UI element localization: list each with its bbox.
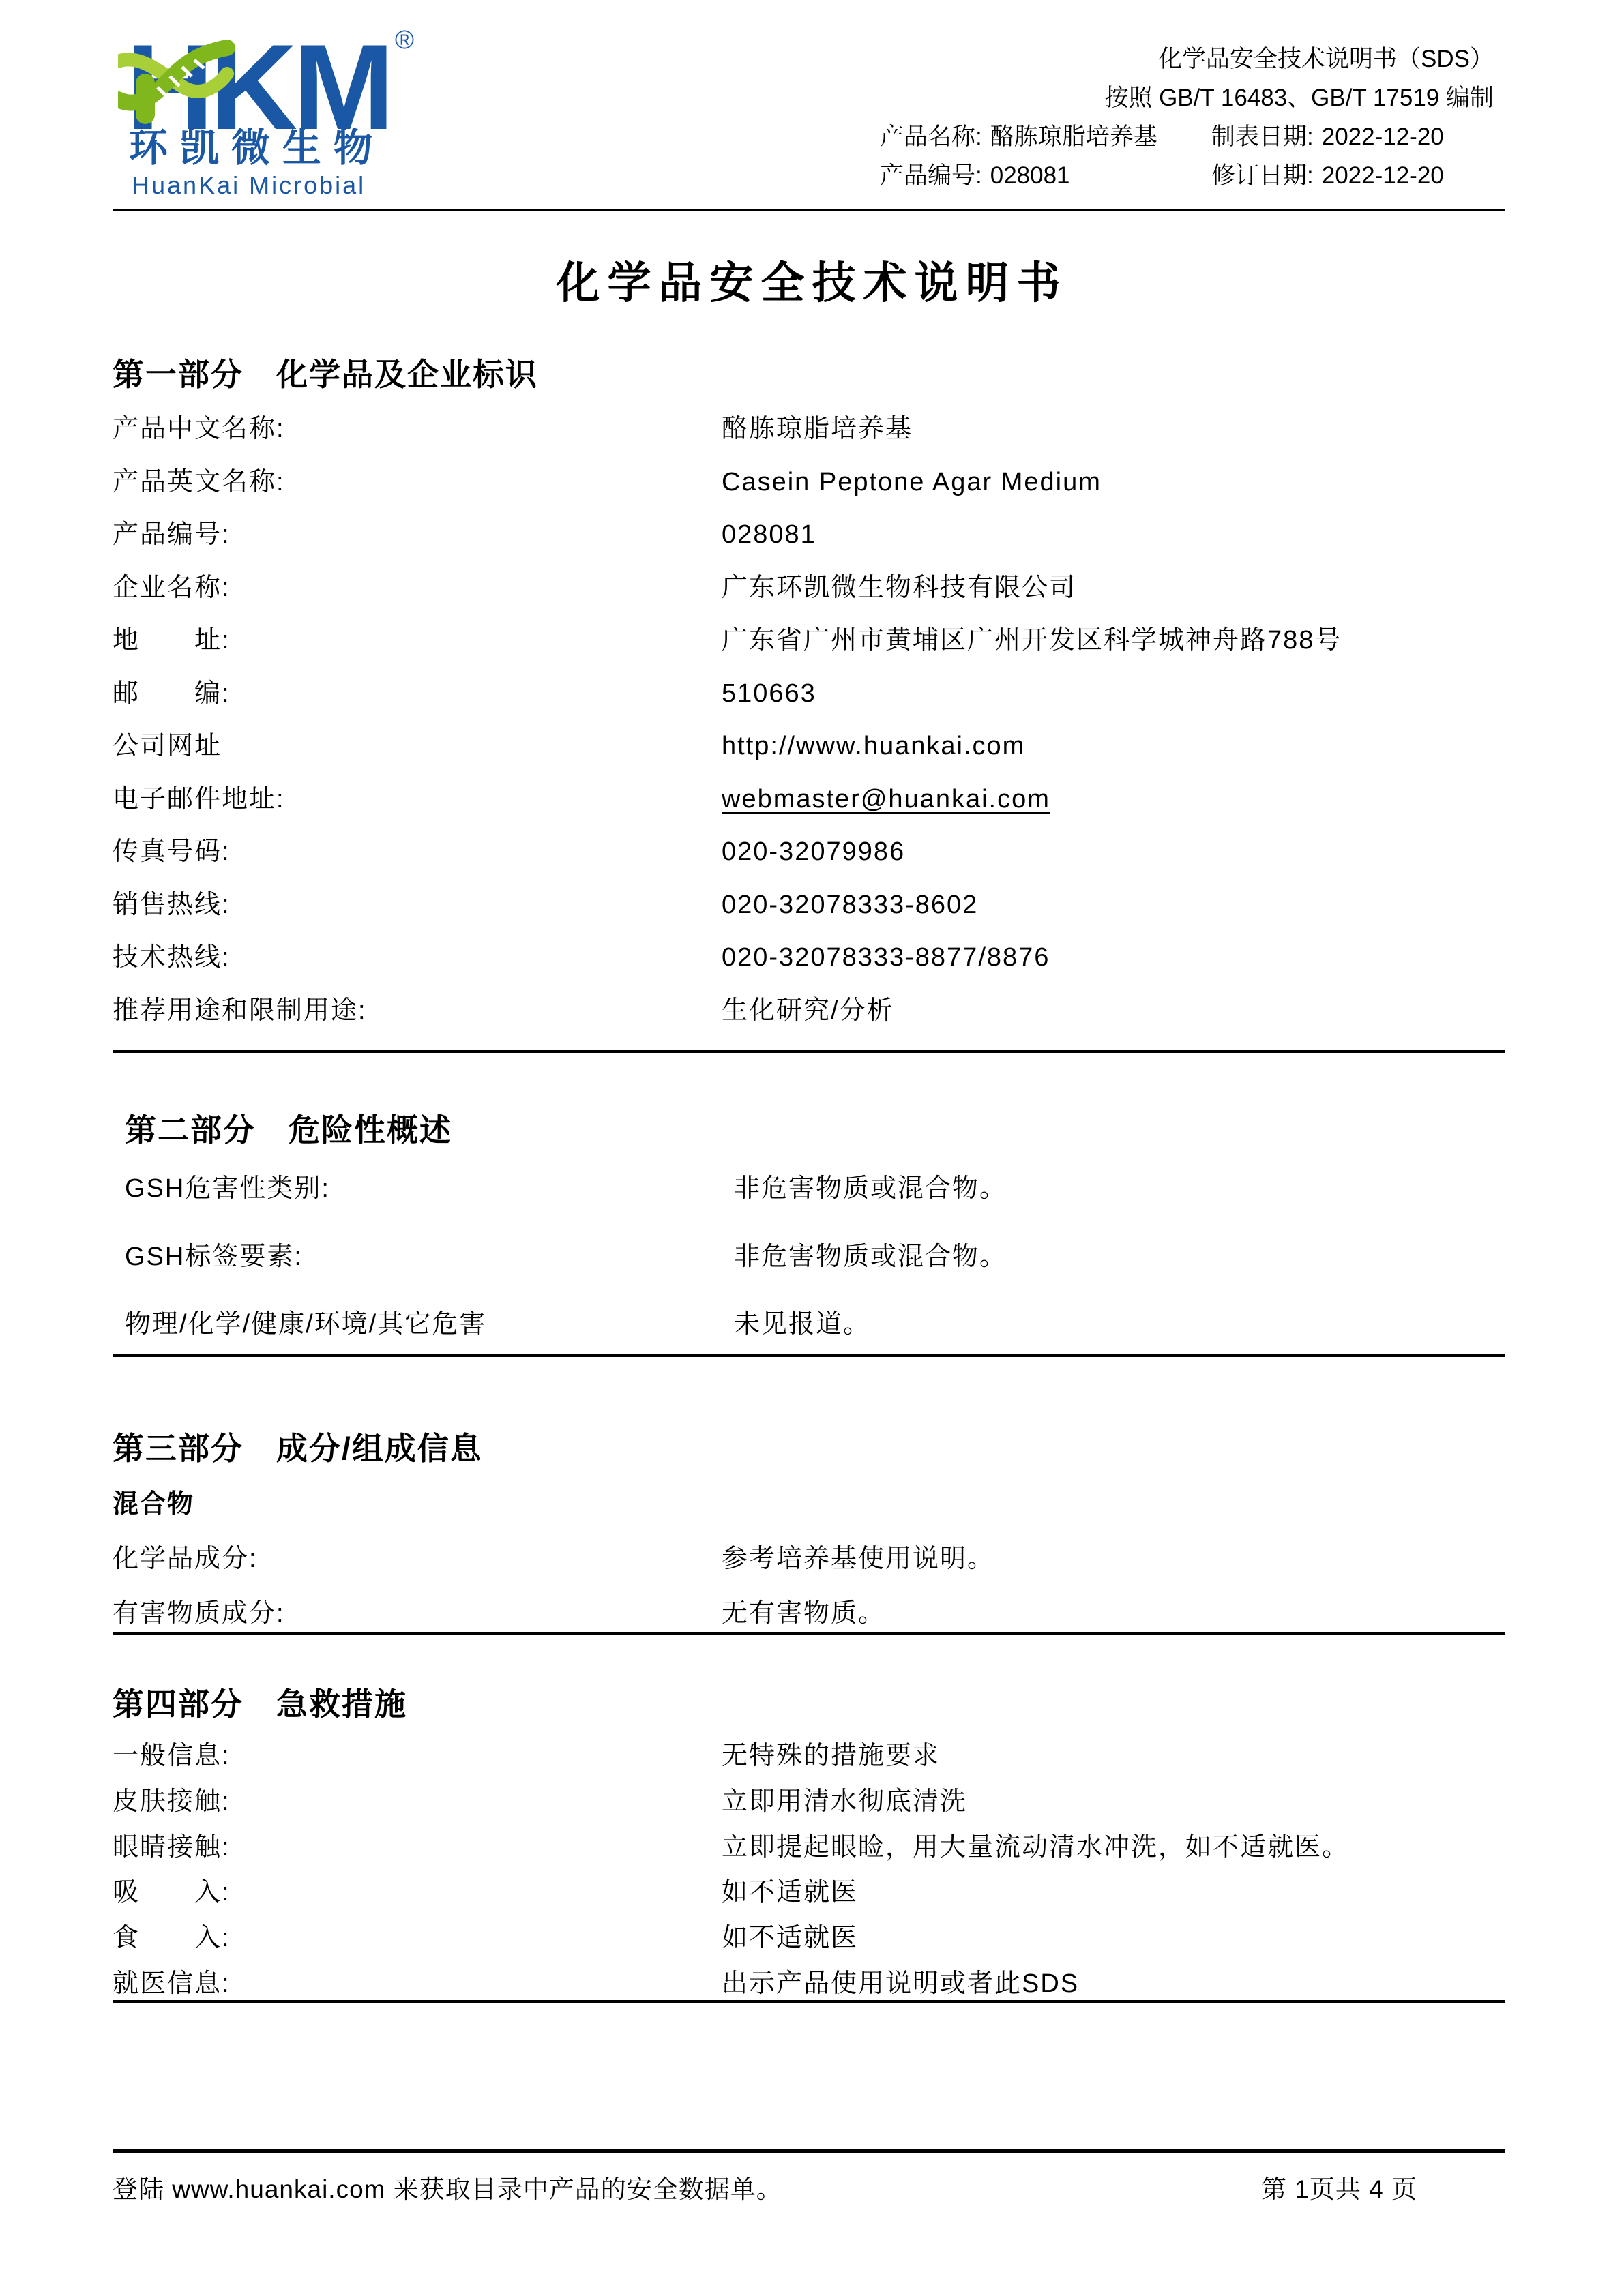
product-name-label: 产品名称: xyxy=(880,123,982,150)
product-code-value: 028081 xyxy=(990,162,1070,189)
field-value: 出示产品使用说明或者此SDS xyxy=(722,1968,1505,1999)
field-label: 产品英文名称: xyxy=(113,466,722,498)
header-divider xyxy=(113,209,1505,211)
field-label: 销售热线: xyxy=(113,889,722,921)
email-link[interactable]: webmaster@huankai.com xyxy=(722,784,1505,815)
page-footer: 登陆 www.huankai.com 来获取目录中产品的安全数据单。 第 1页共… xyxy=(113,2168,1505,2205)
field-label: 产品中文名称: xyxy=(113,413,722,445)
field-label: 化学品成分: xyxy=(113,1543,722,1575)
tabulation-date-value: 2022-12-20 xyxy=(1322,123,1444,150)
field-label: 公司网址 xyxy=(113,730,722,762)
tabulation-date-cell: 制表日期:2022-12-20 xyxy=(1211,117,1444,156)
logo-cn-name: 环凯微生物 xyxy=(129,127,385,170)
field-label: 地 址: xyxy=(113,625,722,656)
field-value: 立即提起眼睑，用大量流动清水冲洗，如不适就医。 xyxy=(722,1832,1505,1863)
field-label: 物理/化学/健康/环境/其它危害 xyxy=(125,1309,734,1340)
revision-date-label: 修订日期: xyxy=(1211,162,1314,189)
field-row: 邮 编:510663 xyxy=(113,678,1505,731)
field-label: 传真号码: xyxy=(113,836,722,867)
field-value: 020-32079986 xyxy=(722,836,1505,867)
field-label: 技术热线: xyxy=(113,942,722,973)
tabulation-date-label: 制表日期: xyxy=(1211,123,1314,150)
field-row: 食 入:如不适就医 xyxy=(113,1922,1505,1968)
dna-helix-ribbon-icon xyxy=(118,33,241,135)
field-value: Casein Peptone Agar Medium xyxy=(722,466,1505,498)
section-1-divider xyxy=(113,1050,1505,1053)
field-value: 如不适就医 xyxy=(722,1922,1505,1954)
section-1-heading: 第一部分 化学品及企业标识 xyxy=(113,356,1505,393)
field-row: GSH危害性类别:非危害物质或混合物。 xyxy=(125,1173,1517,1241)
section-2-rows: GSH危害性类别:非危害物质或混合物。GSH标签要素:非危害物质或混合物。物理/… xyxy=(125,1173,1517,1377)
field-row: GSH标签要素:非危害物质或混合物。 xyxy=(125,1241,1517,1309)
product-name-value: 酪胨琼脂培养基 xyxy=(990,123,1157,150)
field-value: 非危害物质或混合物。 xyxy=(734,1241,1517,1272)
field-value: 020-32078333-8602 xyxy=(722,889,1505,921)
field-row: 物理/化学/健康/环境/其它危害未见报道。 xyxy=(125,1309,1517,1377)
field-row: 销售热线:020-32078333-8602 xyxy=(113,889,1505,942)
field-value: 无有害物质。 xyxy=(722,1598,1505,1629)
field-row: 产品英文名称:Casein Peptone Agar Medium xyxy=(113,466,1505,520)
section-1-rows: 产品中文名称:酪胨琼脂培养基产品英文名称:Casein Peptone Agar… xyxy=(113,413,1505,1047)
field-label: 邮 编: xyxy=(113,678,722,709)
field-label: 推荐用途和限制用途: xyxy=(113,995,722,1026)
document-header-info: 化学品安全技术说明书（SDS） 按照 GB/T 16483、GB/T 17519… xyxy=(880,40,1494,195)
standard-line: 按照 GB/T 16483、GB/T 17519 编制 xyxy=(880,78,1494,117)
field-value: 510663 xyxy=(722,678,1505,709)
section-4: 第四部分 急救措施一般信息:无特殊的措施要求皮肤接触:立即用清水彻底清洗眼睛接触… xyxy=(113,1686,1505,2014)
field-value: 非危害物质或混合物。 xyxy=(734,1173,1517,1204)
product-code-row: 产品编号:028081 修订日期:2022-12-20 xyxy=(880,156,1494,195)
field-value: 如不适就医 xyxy=(722,1877,1505,1908)
field-row: 传真号码:020-32079986 xyxy=(113,836,1505,889)
registered-trademark-icon: ® xyxy=(395,26,414,55)
field-label: GSH危害性类别: xyxy=(125,1173,734,1204)
field-label: 一般信息: xyxy=(113,1740,722,1772)
field-row: 有害物质成分:无有害物质。 xyxy=(113,1598,1505,1652)
field-value: 广东省广州市黄埔区广州开发区科学城神舟路788号 xyxy=(722,625,1505,656)
field-row: 吸 入:如不适就医 xyxy=(113,1877,1505,1922)
field-label: 吸 入: xyxy=(113,1877,722,1908)
field-label: 企业名称: xyxy=(113,572,722,603)
field-label: 皮肤接触: xyxy=(113,1786,722,1817)
sds-document-page: HKM ® 环凯微生物 HuanKai Microbial 化学品安全技术说明书… xyxy=(0,0,1624,2296)
section-3-heading: 第三部分 成分/组成信息 xyxy=(113,1430,1505,1467)
product-name-cell: 产品名称:酪胨琼脂培养基 xyxy=(880,123,1157,150)
field-value: 生化研究/分析 xyxy=(722,995,1505,1026)
product-name-row: 产品名称:酪胨琼脂培养基 制表日期:2022-12-20 xyxy=(880,117,1494,156)
product-code-cell: 产品编号:028081 xyxy=(880,162,1070,189)
page-number: 第 1页共 4 页 xyxy=(1261,2168,1417,2205)
field-value: 028081 xyxy=(722,519,1505,550)
section-2-heading: 第二部分 危险性概述 xyxy=(125,1112,1517,1148)
company-logo: HKM ® 环凯微生物 HuanKai Microbial xyxy=(126,0,433,205)
field-label: 有害物质成分: xyxy=(113,1598,722,1629)
field-label: 电子邮件地址: xyxy=(113,784,722,815)
section-2: 第二部分 危险性概述GSH危害性类别:非危害物质或混合物。GSH标签要素:非危害… xyxy=(113,1112,1517,1377)
field-row: 产品编号:028081 xyxy=(113,519,1505,572)
field-row: 眼睛接触:立即提起眼睑，用大量流动清水冲洗，如不适就医。 xyxy=(113,1832,1505,1877)
section-4-rows: 一般信息:无特殊的措施要求皮肤接触:立即用清水彻底清洗眼睛接触:立即提起眼睑，用… xyxy=(113,1740,1505,2014)
field-row: 公司网址http://www.huankai.com xyxy=(113,730,1505,784)
doc-type-line: 化学品安全技术说明书（SDS） xyxy=(880,40,1494,78)
section-3: 第三部分 成分/组成信息混合物化学品成分:参考培养基使用说明。有害物质成分:无有… xyxy=(113,1430,1505,1652)
footer-note: 登陆 www.huankai.com 来获取目录中产品的安全数据单。 xyxy=(113,2168,782,2205)
section-3-rows: 化学品成分:参考培养基使用说明。有害物质成分:无有害物质。 xyxy=(113,1543,1505,1652)
field-row: 皮肤接触:立即用清水彻底清洗 xyxy=(113,1786,1505,1832)
field-label: 食 入: xyxy=(113,1922,722,1954)
field-row: 产品中文名称:酪胨琼脂培养基 xyxy=(113,413,1505,466)
field-value: 未见报道。 xyxy=(734,1309,1517,1340)
field-label: 就医信息: xyxy=(113,1968,722,1999)
field-value: 广东环凯微生物科技有限公司 xyxy=(722,572,1505,603)
section-1: 第一部分 化学品及企业标识产品中文名称:酪胨琼脂培养基产品英文名称:Casein… xyxy=(113,356,1505,1047)
footer-divider xyxy=(113,2149,1505,2153)
field-row: 技术热线:020-32078333-8877/8876 xyxy=(113,942,1505,995)
field-label: 眼睛接触: xyxy=(113,1832,722,1863)
section-3-subheading: 混合物 xyxy=(113,1489,1505,1520)
field-value: 立即用清水彻底清洗 xyxy=(722,1786,1505,1817)
field-row: 就医信息:出示产品使用说明或者此SDS xyxy=(113,1968,1505,2014)
field-row: 企业名称:广东环凯微生物科技有限公司 xyxy=(113,572,1505,625)
field-value: 无特殊的措施要求 xyxy=(722,1740,1505,1772)
field-value: http://www.huankai.com xyxy=(722,730,1505,762)
revision-date-cell: 修订日期:2022-12-20 xyxy=(1211,156,1444,195)
field-row: 推荐用途和限制用途:生化研究/分析 xyxy=(113,995,1505,1048)
section-4-heading: 第四部分 急救措施 xyxy=(113,1686,1505,1723)
field-value: 酪胨琼脂培养基 xyxy=(722,413,1505,445)
field-row: 电子邮件地址:webmaster@huankai.com xyxy=(113,784,1505,837)
logo-en-name: HuanKai Microbial xyxy=(132,172,366,199)
page-title: 化学品安全技术说明书 xyxy=(0,258,1624,309)
field-row: 化学品成分:参考培养基使用说明。 xyxy=(113,1543,1505,1598)
revision-date-value: 2022-12-20 xyxy=(1322,162,1444,189)
product-code-label: 产品编号: xyxy=(880,162,982,189)
field-row: 一般信息:无特殊的措施要求 xyxy=(113,1740,1505,1786)
field-label: 产品编号: xyxy=(113,519,722,550)
field-row: 地 址:广东省广州市黄埔区广州开发区科学城神舟路788号 xyxy=(113,625,1505,678)
field-value: 参考培养基使用说明。 xyxy=(722,1543,1505,1575)
field-value: 020-32078333-8877/8876 xyxy=(722,942,1505,973)
field-label: GSH标签要素: xyxy=(125,1241,734,1272)
